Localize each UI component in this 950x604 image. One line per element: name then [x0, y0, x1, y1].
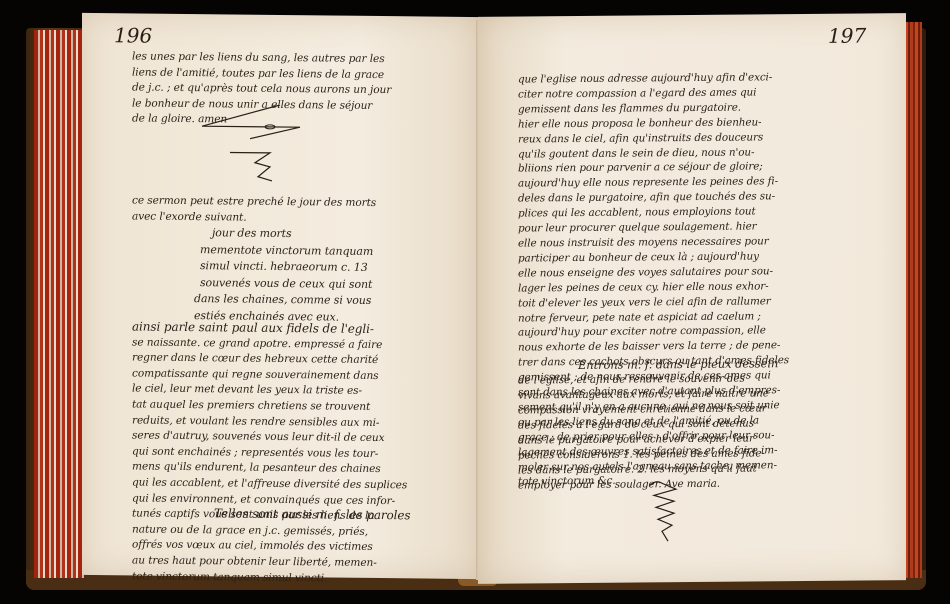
left-paragraph-2: ce sermon peut estre preché le jour des … — [132, 193, 376, 227]
page-number-left: 196 — [114, 23, 152, 47]
right-page: 197 que l'eglise nous adresse aujourd'hu… — [478, 13, 906, 584]
open-manuscript-book: 196 les unes par les liens du sang, les … — [0, 0, 950, 604]
decorative-flourish-icon — [646, 477, 686, 547]
text-line: reux dans le ciel, afin qu'instruits des… — [518, 130, 789, 147]
text-line: toit d'elever les yeux vers le ciel afin… — [518, 294, 789, 311]
page-number-right: 197 — [828, 23, 866, 47]
left-epigraph: jour des morts mementote vinctorum tanqu… — [132, 224, 373, 326]
text-line: les dans le purgatoire. 2. les moyens qu… — [518, 461, 778, 478]
page-edges-left — [34, 30, 84, 578]
left-page: 196 les unes par les liens du sang, les … — [82, 13, 480, 579]
text-line: tote vinctorum tanquam simul vincti. — [132, 569, 407, 587]
left-paragraph-3: ainsi parle saint paul aux fidels de l'e… — [132, 319, 407, 587]
text-line: Telles sont aussi m. f. les paroles — [132, 505, 410, 524]
text-line: citer notre compassion a l'egard des ame… — [518, 85, 789, 102]
left-closing-line: Telles sont aussi m. f. les paroles — [132, 505, 410, 524]
right-paragraph-2: Entrons m. f. dans le pieux dessein de l… — [518, 356, 778, 493]
decorative-flourish-icon — [200, 104, 340, 195]
